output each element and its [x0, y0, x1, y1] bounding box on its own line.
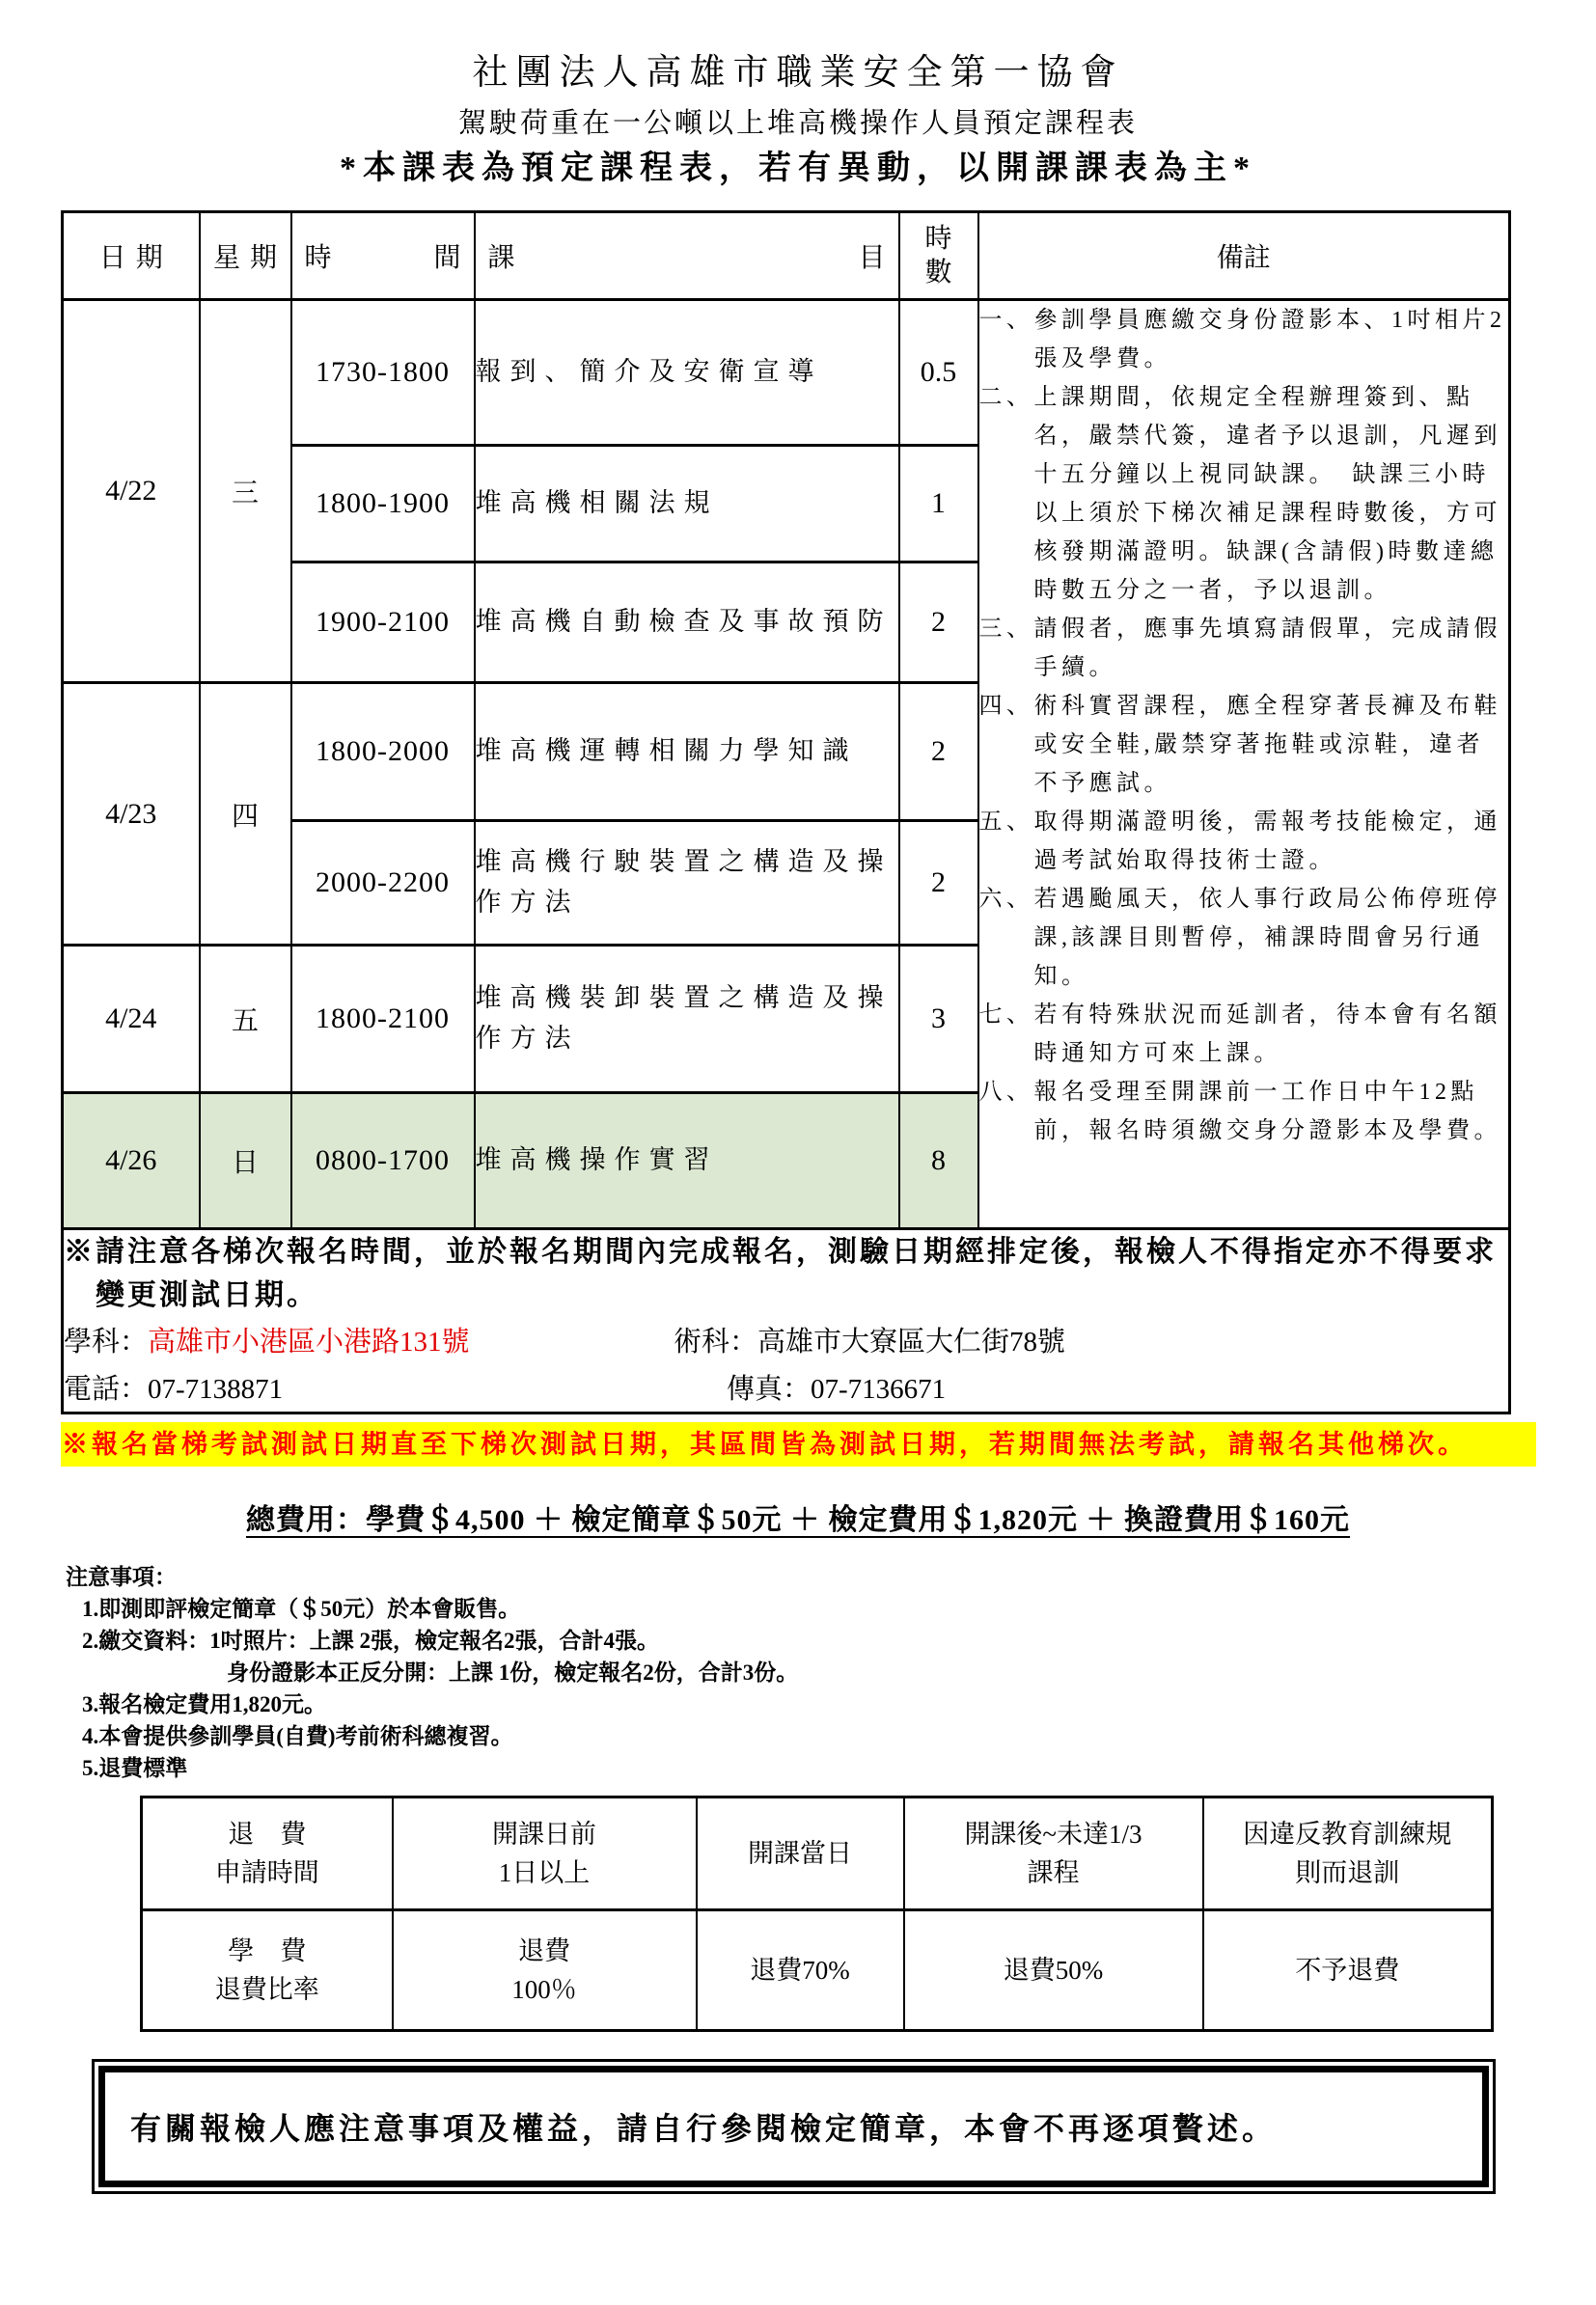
time-cell: 1800-2000 — [291, 683, 475, 821]
refund-header-cell: 開課當日 — [697, 1797, 904, 1910]
header-subject: 課 目 — [475, 212, 899, 300]
header-time: 時 間 — [291, 212, 475, 300]
remark-item: 一、參訓學員應繳交身份證影本、1吋相片2張及學費。 — [979, 301, 1509, 378]
hours-cell: 2 — [899, 821, 978, 946]
weekday-cell: 五 — [200, 946, 291, 1093]
refund-header-cell: 退 費 申請時間 — [142, 1797, 393, 1910]
remark-item: 七、若有特殊狀況而延訓者，待本會有名額時通知方可來上課。 — [979, 996, 1509, 1073]
schedule-footer-cell: ※請注意各梯次報名時間，並於報名期間內完成報名，測驗日期經排定後，報檢人不得指定… — [63, 1229, 1510, 1413]
remark-item: 四、術科實習課程，應全程穿著長褲及布鞋或安全鞋,嚴禁穿著拖鞋或涼鞋，違者不予應試… — [979, 687, 1509, 803]
subject-cell: 堆高機自動檢查及事故預防 — [475, 563, 899, 683]
refund-value-cell: 退費70% — [697, 1910, 904, 2031]
refund-value-cell: 退費50% — [904, 1910, 1203, 2031]
contact-line: 電話：07-7138871傳真：07-7136671 — [64, 1367, 1508, 1412]
weekday-cell: 日 — [200, 1093, 291, 1229]
date-cell: 4/24 — [63, 946, 200, 1093]
address-practice: 術科：高雄市大寮區大仁街78號 — [674, 1327, 1065, 1358]
header-hours: 時 數 — [899, 212, 978, 300]
refund-header-cell: 開課後~未達1/3 課程 — [904, 1797, 1203, 1910]
remark-item: 二、上課期間，依規定全程辦理簽到、點名，嚴禁代簽，違者予以退訓，凡遲到十五分鐘以… — [979, 378, 1509, 610]
hours-cell: 2 — [899, 683, 978, 821]
page-subtitle: 駕駛荷重在一公噸以上堆高機操作人員預定課程表 — [0, 104, 1596, 143]
date-cell: 4/26 — [63, 1093, 200, 1229]
date-cell: 4/23 — [63, 683, 200, 946]
time-cell: 1730-1800 — [291, 300, 475, 446]
header-subject-left: 課 — [488, 236, 515, 275]
hours-cell: 8 — [899, 1093, 978, 1229]
address-theory-value: 高雄市小港區小港路131號 — [148, 1327, 470, 1358]
note-item: 5.退費標準 — [82, 1752, 1596, 1784]
note-item-sub: 身份證影本正反分開：上課 1份，檢定報名2份，合計3份。 — [227, 1657, 1596, 1688]
registration-deadline-note: ※請注意各梯次報名時間，並於報名期間內完成報名，測驗日期經排定後，報檢人不得指定… — [64, 1230, 1508, 1317]
schedule-row: 4/22 三 1730-1800 報到、簡介及安衛宣導 0.5 一、參訓學員應繳… — [63, 300, 1510, 446]
note-item: 1.即測即評檢定簡章（＄50元）於本會販售。 — [82, 1593, 1596, 1625]
subject-cell: 堆高機裝卸裝置之構造及操作方法 — [475, 946, 899, 1093]
hours-cell: 2 — [899, 563, 978, 683]
header-time-left: 時 — [305, 236, 332, 275]
refund-header-row: 退 費 申請時間 開課日前 1日以上 開課當日 開課後~未達1/3 課程 因違反… — [142, 1797, 1493, 1910]
header-time-right: 間 — [433, 236, 460, 275]
header-subject-right: 目 — [858, 236, 885, 275]
remark-item: 六、若遇颱風天，依人事行政局公佈停班停課,該課目則暫停，補課時間會另行通知。 — [979, 880, 1509, 996]
note-item: 3.報名檢定費用1,820元。 — [82, 1688, 1596, 1720]
schedule-header-row: 日期 星期 時 間 課 目 時 數 — [63, 212, 1510, 300]
hours-cell: 0.5 — [899, 300, 978, 446]
weekday-cell: 四 — [200, 683, 291, 946]
time-cell: 2000-2200 — [291, 821, 475, 946]
note-item: 4.本會提供參訓學員(自費)考前術科總複習。 — [82, 1720, 1596, 1752]
address-theory-label: 學科： — [64, 1327, 148, 1358]
page-title: 社團法人高雄市職業安全第一協會 — [0, 48, 1596, 98]
schedule-footer-row: ※請注意各梯次報名時間，並於報名期間內完成報名，測驗日期經排定後，報檢人不得指定… — [63, 1229, 1510, 1413]
final-notice-text: 有關報檢人應注意事項及權益，請自行參閱檢定簡章，本會不再逐項贅述。 — [98, 2066, 1489, 2187]
refund-value-cell: 退費 100％ — [393, 1910, 697, 2031]
subject-cell: 堆高機操作實習 — [475, 1093, 899, 1229]
header-weekday: 星期 — [200, 212, 291, 300]
refund-value-row: 學 費 退費比率 退費 100％ 退費70% 退費50% 不予退費 — [142, 1910, 1493, 2031]
hours-cell: 1 — [899, 446, 978, 563]
phone-number: 電話：07-7138871 — [64, 1367, 727, 1412]
time-cell: 1900-2100 — [291, 563, 475, 683]
subject-cell: 堆高機行駛裝置之構造及操作方法 — [475, 821, 899, 946]
final-notice-box: 有關報檢人應注意事項及權益，請自行參閱檢定簡章，本會不再逐項贅述。 — [92, 2059, 1496, 2194]
refund-value-cell: 不予退費 — [1203, 1910, 1493, 2031]
notes-title: 注意事項： — [66, 1561, 1596, 1593]
exam-date-warning: ※報名當梯考試測試日期直至下梯次測試日期，其區間皆為測試日期，若期間無法考試，請… — [61, 1422, 1536, 1467]
remark-item: 三、請假者，應事先填寫請假單，完成請假手續。 — [979, 610, 1509, 687]
time-cell: 1800-1900 — [291, 446, 475, 563]
refund-table: 退 費 申請時間 開課日前 1日以上 開課當日 開課後~未達1/3 課程 因違反… — [140, 1796, 1494, 2032]
subject-cell: 堆高機相關法規 — [475, 446, 899, 563]
total-fee-line: 總費用：學費＄4,500 ＋ 檢定簡章＄50元 ＋ 檢定費用＄1,820元 ＋ … — [0, 1496, 1596, 1538]
address-line: 學科：高雄市小港區小港路131號術科：高雄市大寮區大仁街78號 — [64, 1320, 1508, 1364]
date-cell: 4/22 — [63, 300, 200, 683]
subject-cell: 報到、簡介及安衛宣導 — [475, 300, 899, 446]
refund-header-cell: 開課日前 1日以上 — [393, 1797, 697, 1910]
header-date: 日期 — [63, 212, 200, 300]
remark-item: 五、取得期滿證明後，需報考技能檢定，通過考試始取得技術士證。 — [979, 803, 1509, 880]
note-item: 2.繳交資料：1吋照片：上課 2張，檢定報名2張，合計4張。 — [82, 1625, 1596, 1657]
remark-item: 八、報名受理至開課前一工作日中午12點前，報名時須繳交身分證影本及學費。 — [979, 1073, 1509, 1150]
header-hours-bottom: 數 — [900, 256, 977, 289]
refund-value-cell: 學 費 退費比率 — [142, 1910, 393, 2031]
address-theory: 學科：高雄市小港區小港路131號 — [64, 1320, 674, 1364]
refund-header-cell: 因違反教育訓練規 則而退訓 — [1203, 1797, 1493, 1910]
header-hours-top: 時 — [900, 222, 977, 256]
course-schedule-table: 日期 星期 時 間 課 目 時 數 — [61, 210, 1511, 1414]
fax-number: 傳真：07-7136671 — [727, 1374, 946, 1405]
schedule-change-notice: *本課表為預定課程表，若有異動，以開課課表為主* — [0, 147, 1596, 191]
notes-section: 注意事項： 1.即測即評檢定簡章（＄50元）於本會販售。 2.繳交資料：1吋照片… — [66, 1561, 1596, 1784]
subject-cell: 堆高機運轉相關力學知識 — [475, 683, 899, 821]
header-remarks: 備註 — [978, 212, 1510, 300]
time-cell: 0800-1700 — [291, 1093, 475, 1229]
page: 社團法人高雄市職業安全第一協會 駕駛荷重在一公噸以上堆高機操作人員預定課程表 *… — [0, 48, 1596, 2194]
hours-cell: 3 — [899, 946, 978, 1093]
remarks-cell: 一、參訓學員應繳交身份證影本、1吋相片2張及學費。 二、上課期間，依規定全程辦理… — [978, 300, 1510, 1229]
weekday-cell: 三 — [200, 300, 291, 683]
time-cell: 1800-2100 — [291, 946, 475, 1093]
